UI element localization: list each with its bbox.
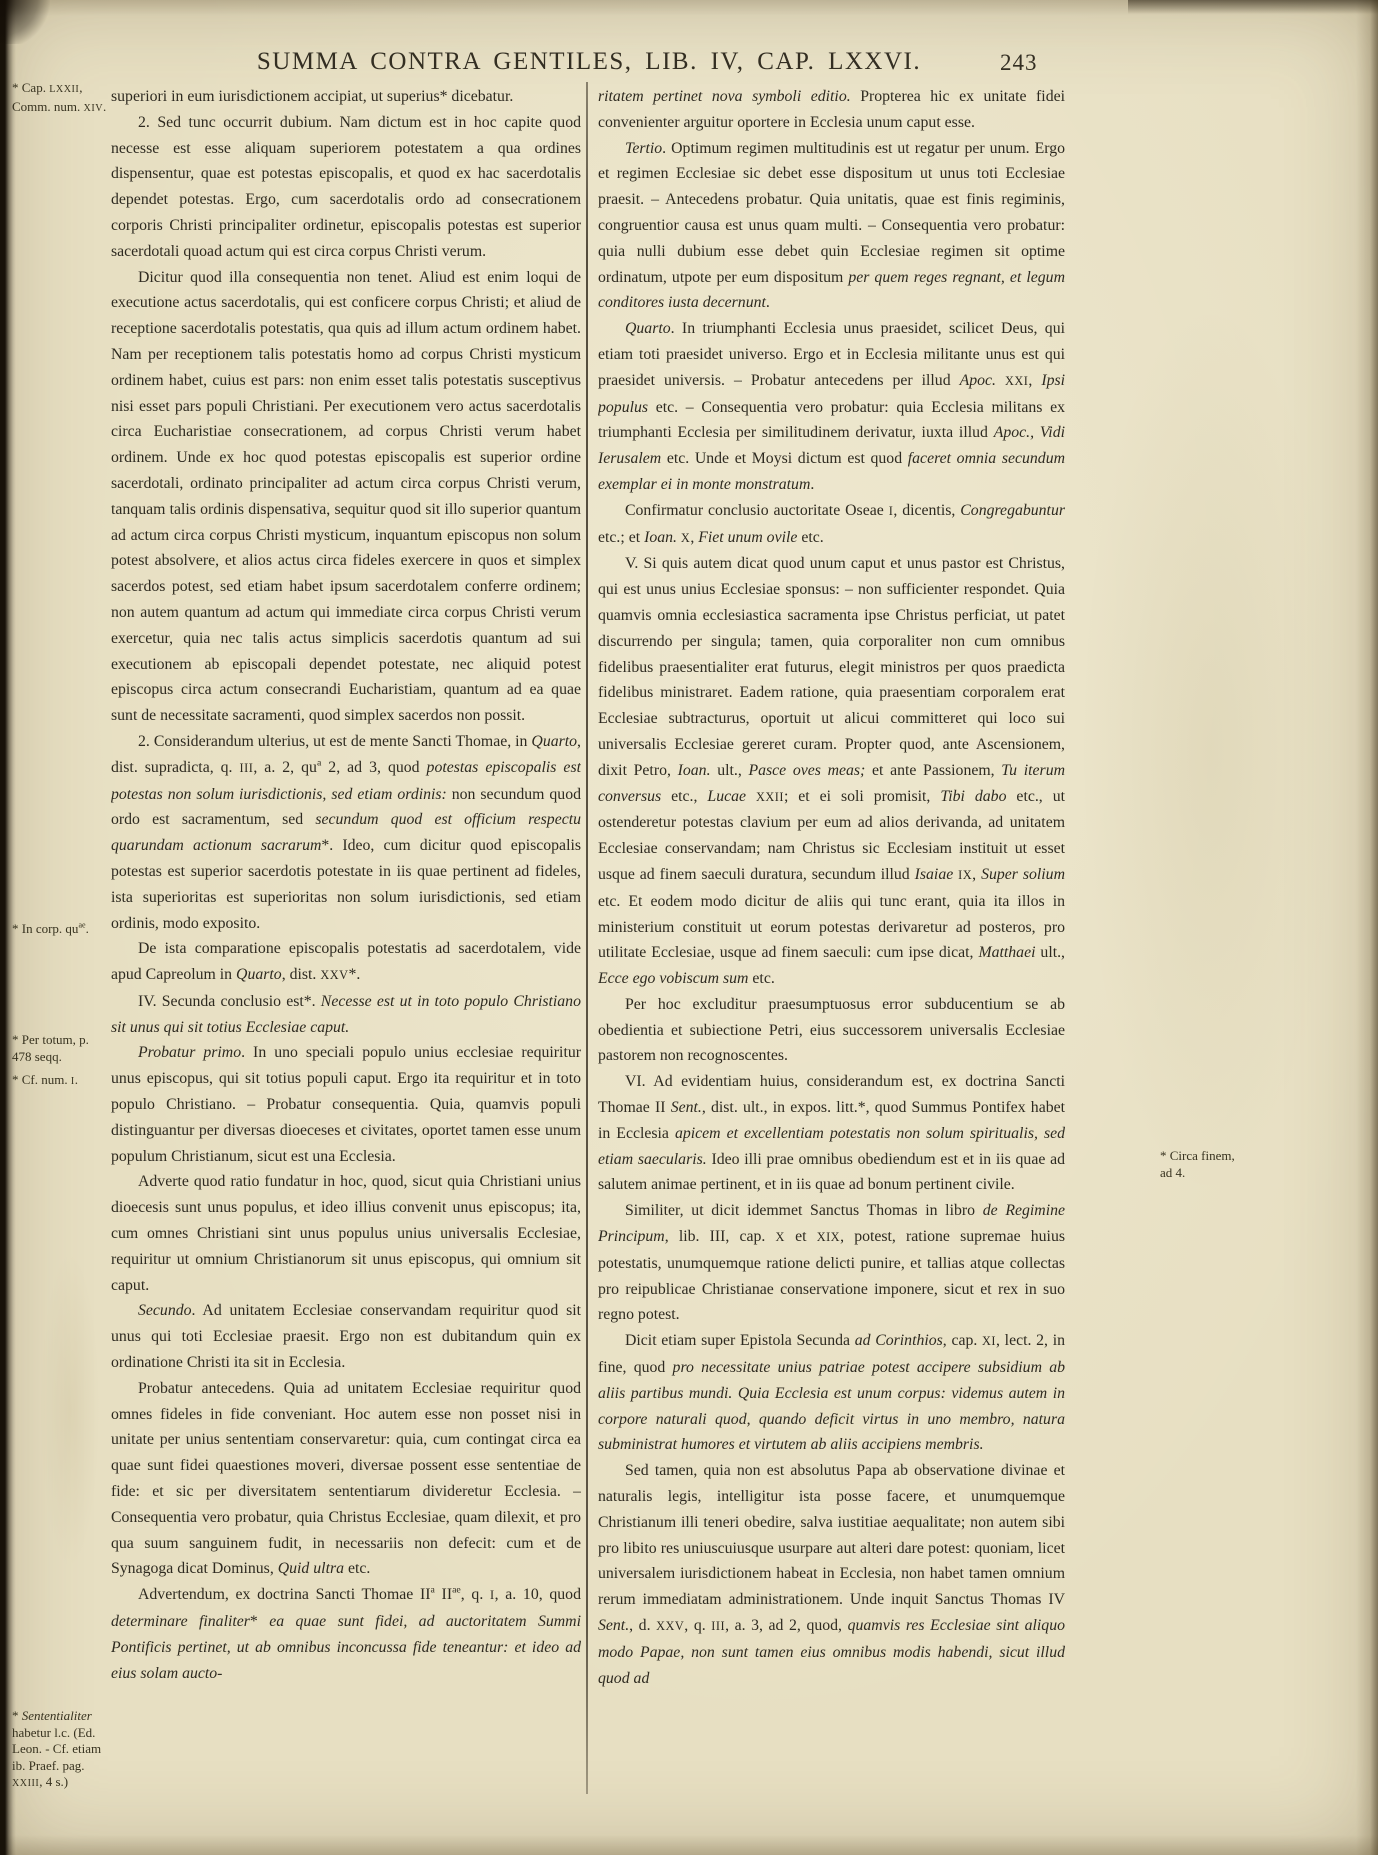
- paragraph: Per hoc excluditur praesumptuosus error …: [598, 992, 1065, 1069]
- margin-note: * Cf. num. i.: [12, 1072, 108, 1091]
- text-segment: ,: [1028, 372, 1041, 389]
- paragraph: superiori in eum iurisdictionem accipiat…: [111, 84, 581, 110]
- text-segment: xxiii: [12, 1778, 39, 1789]
- paragraph: Probatur primo. In uno speciali populo u…: [111, 1040, 581, 1169]
- text-segment: Pasce oves meas;: [748, 762, 865, 779]
- text-segment: ix: [958, 868, 972, 882]
- margin-note: * Sententialiter habetur l.c. (Ed. Leon.…: [12, 1708, 108, 1793]
- text-segment: Sententialiter: [22, 1708, 92, 1723]
- text-segment: Isaiae: [915, 866, 954, 883]
- text-segment: [746, 788, 756, 805]
- text-segment: ritatem pertinet nova symboli editio.: [598, 88, 851, 105]
- paragraph: Dicitur quod illa consequentia non tenet…: [111, 265, 581, 729]
- paragraph: ritatem pertinet nova symboli editio. Pr…: [598, 84, 1065, 136]
- text-segment: ad Corinthios: [855, 1332, 943, 1349]
- paragraph: Sed tamen, quia non est absolutus Papa a…: [598, 1458, 1065, 1691]
- text-segment: *: [12, 1708, 22, 1723]
- text-segment: .: [810, 476, 814, 493]
- text-segment: [996, 372, 1005, 389]
- text-segment: * Cap.: [12, 80, 49, 95]
- margin-note: * Cap. lxxii, Comm. num. xiv.: [12, 80, 108, 117]
- margin-note: * Per totum, p. 478 seqq.: [12, 1032, 108, 1065]
- text-segment: Sed tamen, quia non est absolutus Papa a…: [598, 1462, 1065, 1608]
- text-segment: IV. Secunda conclusio est*.: [138, 993, 321, 1010]
- text-segment: Probatur antecedens. Quia ad unitatem Ec…: [111, 1380, 581, 1578]
- text-segment: .: [86, 921, 89, 936]
- paragraph: 2. Sed tunc occurrit dubium. Nam dictum …: [111, 110, 581, 265]
- text-column-left: superiori in eum iurisdictionem accipiat…: [111, 84, 581, 1824]
- text-segment: Congregabuntur: [960, 502, 1065, 519]
- text-segment: .: [75, 1072, 78, 1087]
- text-segment: iii: [240, 761, 254, 775]
- text-segment: etc.; et: [598, 529, 644, 546]
- text-segment: * Per totum, p. 478 seqq.: [12, 1032, 89, 1064]
- text-segment: etc.,: [661, 788, 707, 805]
- running-header: SUMMA CONTRA GENTILES, LIB. IV, CAP. LXX…: [110, 48, 1068, 76]
- paragraph: Adverte quod ratio fundatur in hoc, quod…: [111, 1169, 581, 1298]
- text-segment: Quarto: [236, 966, 282, 983]
- text-segment: Tertio: [625, 140, 662, 157]
- paragraph: 2. Considerandum ulterius, ut est de men…: [111, 729, 581, 936]
- text-segment: xix: [817, 1230, 840, 1244]
- right-edge-shadow: [1370, 0, 1378, 1855]
- text-segment: et: [785, 1228, 817, 1245]
- paragraph: Tertio. Optimum regimen multitudinis est…: [598, 136, 1065, 317]
- paragraph: Dicit etiam super Epistola Secunda ad Co…: [598, 1328, 1065, 1458]
- text-segment: Super solium: [981, 866, 1065, 883]
- text-segment: Ecce ego vobiscum sum: [598, 970, 748, 987]
- paragraph: Confirmatur conclusio auctoritate Oseae …: [598, 498, 1065, 552]
- text-segment: xiv: [84, 103, 104, 114]
- text-segment: 2. Sed tunc occurrit dubium. Nam dictum …: [111, 114, 581, 260]
- text-segment: Confirmatur conclusio auctoritate Oseae: [625, 502, 889, 519]
- right-margin-notes: * Circa finem, ad 4.: [1160, 0, 1246, 1855]
- text-segment: determinare finaliter: [111, 1613, 250, 1630]
- text-segment: ult.,: [1035, 944, 1065, 961]
- text-segment: , cap.: [943, 1332, 982, 1349]
- paragraph: Secundo. Ad unitatem Ecclesiae conservan…: [111, 1298, 581, 1375]
- text-segment: Quarto: [625, 320, 671, 337]
- text-segment: ae: [452, 1585, 461, 1596]
- text-segment: xxv: [656, 1619, 684, 1633]
- text-segment: etc.: [748, 970, 774, 987]
- text-segment: etc. Unde et Moysi dictum est quod: [661, 450, 908, 467]
- text-segment: 2. Considerandum ulterius, ut est de men…: [138, 733, 531, 750]
- text-segment: . Optimum regimen multitudinis est ut re…: [598, 140, 1065, 286]
- text-segment: . In uno speciali populo unius ecclesiae…: [111, 1044, 581, 1164]
- text-segment: Dicit etiam super Epistola Secunda: [625, 1332, 855, 1349]
- text-segment: * Circa finem, ad 4.: [1160, 1148, 1235, 1180]
- paragraph: De ista comparatione episcopalis potesta…: [111, 936, 581, 989]
- text-segment: Per hoc excluditur praesumptuosus error …: [598, 996, 1065, 1065]
- text-segment: xxii: [756, 790, 784, 804]
- text-segment: , 4 s.): [39, 1774, 68, 1789]
- paragraph: Advertendum, ex doctrina Sancti Thomae I…: [111, 1582, 581, 1686]
- text-column-right: ritatem pertinet nova symboli editio. Pr…: [598, 84, 1065, 1824]
- text-segment: *: [250, 1613, 269, 1630]
- text-segment: lxxii: [49, 84, 79, 95]
- page-number: 243: [1000, 50, 1038, 76]
- text-segment: x: [681, 531, 690, 545]
- text-segment: xxv: [320, 968, 348, 982]
- text-segment: etc.: [797, 529, 823, 546]
- text-segment: Ioan.: [644, 529, 677, 546]
- text-segment: x: [776, 1230, 785, 1244]
- text-segment: , d.: [629, 1617, 656, 1634]
- text-segment: Sent.: [671, 1099, 702, 1116]
- paragraph: VI. Ad evidentiam huius, considerandum e…: [598, 1069, 1065, 1198]
- text-segment: Probatur primo: [138, 1044, 241, 1061]
- text-segment: ult.,: [711, 762, 749, 779]
- text-segment: xxi: [1005, 374, 1028, 388]
- text-segment: , q.: [461, 1586, 490, 1603]
- text-segment: * Cf. num.: [12, 1072, 71, 1087]
- scanned-book-page: SUMMA CONTRA GENTILES, LIB. IV, CAP. LXX…: [0, 0, 1378, 1855]
- text-segment: Sent.: [598, 1617, 629, 1634]
- text-segment: II: [435, 1586, 452, 1603]
- text-segment: etc.: [344, 1560, 370, 1577]
- text-segment: , lib. III, cap.: [665, 1228, 776, 1245]
- text-segment: , a. 3, ad 2, quod,: [725, 1617, 848, 1634]
- text-segment: superiori in eum iurisdictionem accipiat…: [111, 88, 513, 105]
- paragraph: Similiter, ut dicit idemmet Sanctus Thom…: [598, 1198, 1065, 1328]
- text-segment: , dist.: [282, 966, 321, 983]
- text-segment: V. Si quis autem dicat quod unum caput e…: [598, 555, 1065, 778]
- text-segment: 2, ad 3, quod: [321, 759, 426, 776]
- text-segment: , dicentis,: [893, 502, 960, 519]
- text-segment: , q.: [684, 1617, 711, 1634]
- margin-note: * Circa finem, ad 4.: [1160, 1148, 1246, 1181]
- left-margin-notes: * Cap. lxxii, Comm. num. xiv.* In corp. …: [12, 0, 108, 1855]
- text-segment: Lucae: [707, 788, 746, 805]
- text-segment: * In corp. qu: [12, 921, 78, 936]
- text-segment: Quid ultra: [278, 1560, 344, 1577]
- text-segment: Dicitur quod illa consequentia non tenet…: [111, 269, 581, 725]
- text-segment: Adverte quod ratio fundatur in hoc, quod…: [111, 1173, 581, 1293]
- text-segment: Similiter, ut dicit idemmet Sanctus Thom…: [625, 1202, 983, 1219]
- text-segment: ae: [78, 921, 85, 930]
- column-divider: [586, 82, 588, 1794]
- paragraph: IV. Secunda conclusio est*. Necesse est …: [111, 989, 581, 1041]
- text-segment: .: [766, 294, 770, 311]
- paragraph: Quarto. In triumphanti Ecclesia unus pra…: [598, 316, 1065, 498]
- page-title: SUMMA CONTRA GENTILES, LIB. IV, CAP. LXX…: [257, 48, 921, 75]
- text-segment: habetur l.c. (Ed. Leon. - Cf. etiam ib. …: [12, 1725, 101, 1773]
- text-segment: , a. 10, quod: [495, 1586, 581, 1603]
- text-segment: Matthaei: [978, 944, 1035, 961]
- text-segment: Advertendum, ex doctrina Sancti Thomae I…: [138, 1586, 431, 1603]
- text-segment: , a. 2, qu: [253, 759, 317, 776]
- text-segment: ; et ei soli promisit,: [784, 788, 940, 805]
- paragraph: Probatur antecedens. Quia ad unitatem Ec…: [111, 1376, 581, 1582]
- text-segment: et ante Passionem,: [865, 762, 1001, 779]
- text-segment: .: [103, 99, 106, 114]
- text-segment: *.: [349, 966, 361, 983]
- text-segment: xi: [982, 1334, 996, 1348]
- text-segment: iii: [711, 1619, 725, 1633]
- text-segment: Tibi dabo: [940, 788, 1006, 805]
- text-segment: Ioan.: [678, 762, 711, 779]
- margin-note: * In corp. quae.: [12, 921, 108, 938]
- text-segment: Apoc.: [960, 372, 996, 389]
- text-segment: ,: [972, 866, 981, 883]
- text-segment: Quarto: [531, 733, 577, 750]
- paragraph: V. Si quis autem dicat quod unum caput e…: [598, 551, 1065, 992]
- text-segment: Secundo: [138, 1302, 192, 1319]
- text-segment: Fiet unum ovile: [698, 529, 797, 546]
